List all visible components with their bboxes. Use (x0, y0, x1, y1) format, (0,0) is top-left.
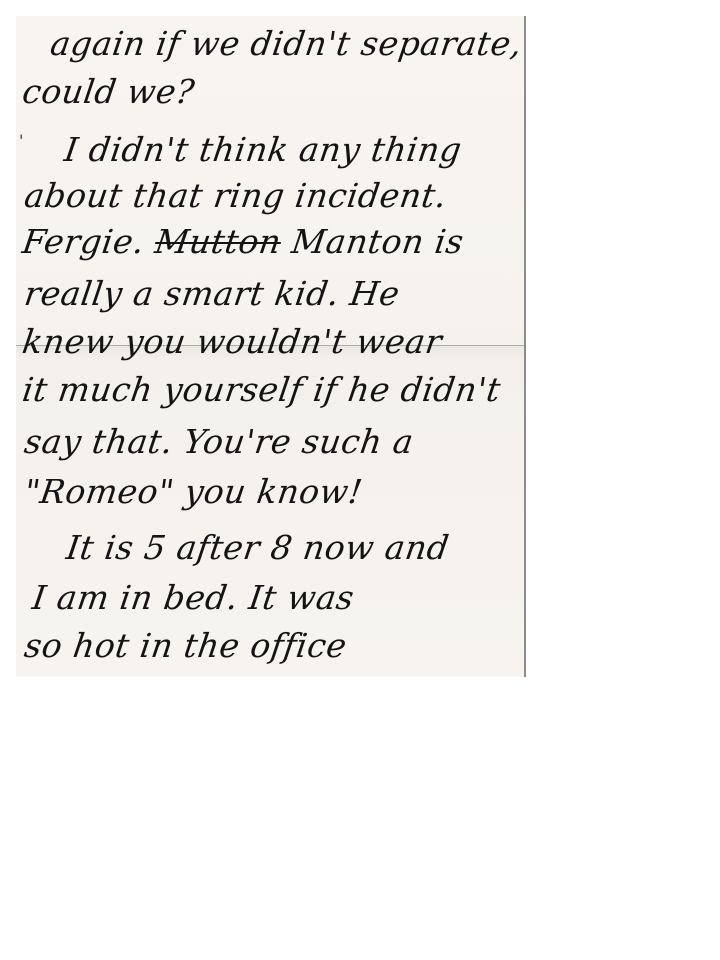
letter-line-4: about that ring incident. (22, 176, 449, 215)
letter-line-9: say that. You're such a (22, 422, 416, 461)
letter-line-5: Fergie. Mutton Manton is (20, 222, 466, 261)
letter-line-13: so hot in the office (22, 626, 349, 665)
letter-line-3: I didn't think any thing (62, 130, 464, 169)
name-fergie: Fergie. (20, 222, 158, 261)
ink-mark: ' (19, 131, 23, 150)
struck-word: Mutton (153, 222, 284, 261)
letter-line-1: again if we didn't separate, (48, 24, 525, 63)
letter-line-11: It is 5 after 8 now and (64, 528, 452, 567)
letter-line-8: it much yourself if he didn't (20, 370, 503, 409)
letter-line-7: knew you wouldn't wear (20, 322, 445, 361)
letter-page: ' again if we didn't separate, could we?… (16, 16, 526, 677)
letter-line-12: I am in bed. It was (30, 578, 357, 617)
letter-line-2: could we? (20, 72, 197, 111)
letter-line-10: "Romeo" you know! (22, 472, 365, 511)
line-5-continuation: Manton is (278, 222, 466, 261)
letter-line-6: really a smart kid. He (22, 274, 402, 313)
